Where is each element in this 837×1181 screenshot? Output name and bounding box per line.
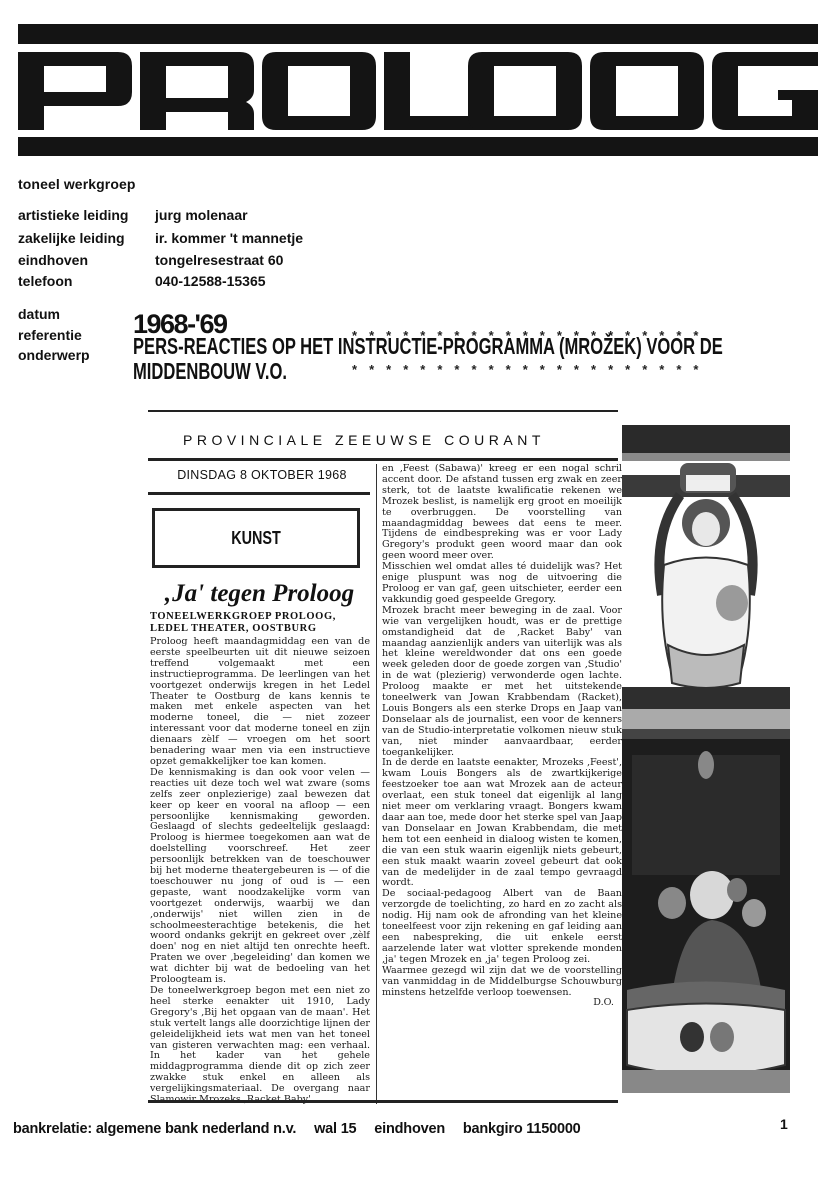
paragraph: Misschien wel omdat alles té duidelijk w… xyxy=(382,562,622,606)
engraving-illustration xyxy=(622,425,790,1093)
contact-label: eindhoven xyxy=(18,252,88,268)
section-box: KUNST xyxy=(152,508,360,568)
paragraph: De toneelwerkgroep begon met een niet zo… xyxy=(150,986,370,1106)
paragraph: Mrozek bracht meer beweging in de zaal. … xyxy=(382,606,622,759)
subject-label: onderwerp xyxy=(18,347,90,363)
contact-label: artistieke leiding xyxy=(18,207,128,223)
stars-bottom-decoration: * * * * * * * * * * * * * * * * * * * * … xyxy=(352,362,703,377)
bank-address: wal 15 xyxy=(314,1121,356,1137)
logo-wordmark-icon xyxy=(18,52,818,130)
logo-top-bar xyxy=(18,24,818,44)
contact-value: 040-12588-15365 xyxy=(155,273,266,289)
subject-line-1: PERS-REACTIES OP HET INSTRUCTIE-PROGRAMM… xyxy=(133,333,723,359)
contact-label: telefoon xyxy=(18,273,72,289)
bank-city: eindhoven xyxy=(374,1121,445,1137)
caryatid-theatre-image-icon xyxy=(622,425,790,1093)
logo-bottom-bar xyxy=(18,137,818,156)
column-divider xyxy=(376,464,377,1104)
contact-label: zakelijke leiding xyxy=(18,230,125,246)
article-date: DINSDAG 8 OKTOBER 1968 xyxy=(148,468,376,482)
section-label: KUNST xyxy=(231,528,281,549)
newspaper-name: PROVINCIALE ZEEUWSE COURANT xyxy=(148,432,618,448)
clipping-top-rule xyxy=(148,410,618,412)
date-rule xyxy=(148,492,370,495)
author-initials: D.O. xyxy=(382,998,622,1009)
letterhead-footer: bankrelatie: algemene bank nederland n.v… xyxy=(13,1121,595,1137)
contact-value: tongelresestraat 60 xyxy=(155,252,283,268)
paragraph: De sociaal-pedagoog Albert van de Baan v… xyxy=(382,889,622,965)
byline-line-1: TONEELWERKGROEP PROLOOG, xyxy=(150,611,372,623)
byline-line-2: LEDEL THEATER, OOSTBURG xyxy=(150,623,372,635)
organization-name: toneel werkgroep xyxy=(18,176,136,192)
bank-giro: bankgiro 1150000 xyxy=(463,1121,581,1137)
paragraph: De kennismaking is dan ook voor velen — … xyxy=(150,768,370,986)
paragraph: Proloog heeft maandagmiddag een van de e… xyxy=(150,637,370,768)
masthead-rule xyxy=(148,458,618,461)
contact-value: jurg molenaar xyxy=(155,207,248,223)
clipping-bottom-rule xyxy=(148,1100,618,1103)
article-column-2: en ‚Feest (Sabawa)' kreeg er een nogal s… xyxy=(382,464,622,1094)
bank-relation: bankrelatie: algemene bank nederland n.v… xyxy=(13,1121,296,1137)
article-byline: TONEELWERKGROEP PROLOOG, LEDEL THEATER, … xyxy=(150,611,372,635)
page-number: 1 xyxy=(780,1116,788,1132)
newspaper-clipping: PROVINCIALE ZEEUWSE COURANT DINSDAG 8 OK… xyxy=(148,408,618,1108)
date-label: datum xyxy=(18,306,60,322)
paragraph: Waarmee gezegd wil zijn dat we de voorst… xyxy=(382,966,622,999)
proloog-logo xyxy=(18,52,818,130)
paragraph: In de derde en laatste eenakter, Mrozeks… xyxy=(382,758,622,889)
article-column-1: Proloog heeft maandagmiddag een van de e… xyxy=(150,637,370,1107)
article-headline: ‚Ja' tegen Proloog xyxy=(148,580,370,608)
contact-value: ir. kommer 't mannetje xyxy=(155,230,303,246)
reference-label: referentie xyxy=(18,327,82,343)
paragraph: en ‚Feest (Sabawa)' kreeg er een nogal s… xyxy=(382,464,622,562)
